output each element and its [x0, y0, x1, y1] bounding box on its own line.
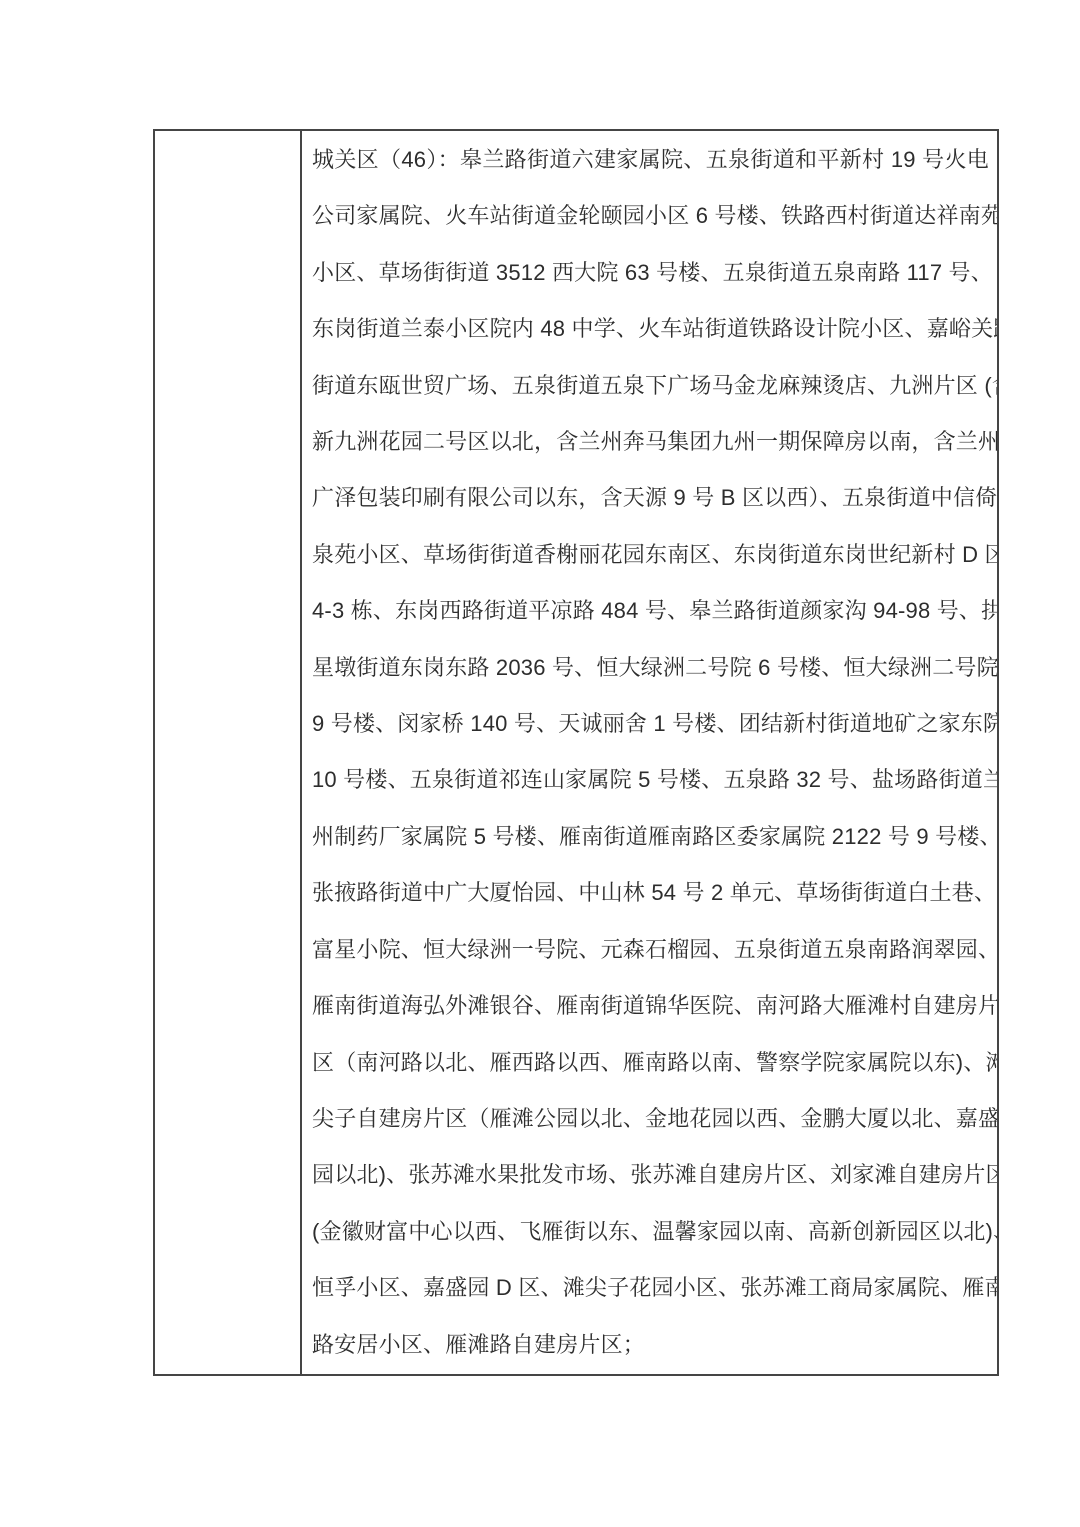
text-line: 恒孚小区、嘉盛园 D 区、滩尖子花园小区、张苏滩工商局家属院、雁南 — [312, 1260, 989, 1316]
address-table-row: 城关区（46）：皋兰路街道六建家属院、五泉街道和平新村 19 号火电公司家属院、… — [153, 129, 999, 1376]
text-line: 广泽包装印刷有限公司以东，含天源 9 号 B 区以西）、五泉街道中信倚 — [312, 470, 989, 526]
text-line: 东岗街道兰泰小区院内 48 中学、火车站街道铁路设计院小区、嘉峪关路 — [312, 301, 989, 357]
text-line: 4-3 栋、东岗西路街道平凉路 484 号、皋兰路街道颜家沟 94-98 号、拱 — [312, 583, 989, 639]
text-line: 区（南河路以北、雁西路以西、雁南路以南、警察学院家属院以东)、滩 — [312, 1035, 989, 1091]
text-line: 园以北)、张苏滩水果批发市场、张苏滩自建房片区、刘家滩自建房片区 — [312, 1147, 989, 1203]
text-line: (金徽财富中心以西、飞雁街以东、温馨家园以南、高新创新园区以北)、 — [312, 1204, 989, 1260]
text-line: 富星小院、恒大绿洲一号院、元森石榴园、五泉街道五泉南路润翠园、 — [312, 922, 989, 978]
text-line: 小区、草场街街道 3512 西大院 63 号楼、五泉街道五泉南路 117 号、 — [312, 245, 989, 301]
text-line: 10 号楼、五泉街道祁连山家属院 5 号楼、五泉路 32 号、盐场路街道兰 — [312, 752, 989, 808]
text-line: 公司家属院、火车站街道金轮颐园小区 6 号楼、铁路西村街道达祥南苑 — [312, 188, 989, 244]
row-label-cell — [155, 131, 302, 1374]
text-line: 州制药厂家属院 5 号楼、雁南街道雁南路区委家属院 2122 号 9 号楼、 — [312, 809, 989, 865]
text-line: 9 号楼、闵家桥 140 号、天诚丽舍 1 号楼、团结新村街道地矿之家东院 — [312, 696, 989, 752]
text-line: 星墩街道东岗东路 2036 号、恒大绿洲二号院 6 号楼、恒大绿洲二号院 — [312, 640, 989, 696]
text-line: 泉苑小区、草场街街道香榭丽花园东南区、东岗街道东岗世纪新村 D 区 — [312, 527, 989, 583]
row-content-cell: 城关区（46）：皋兰路街道六建家属院、五泉街道和平新村 19 号火电公司家属院、… — [302, 131, 997, 1374]
text-line: 街道东瓯世贸广场、五泉街道五泉下广场马金龙麻辣烫店、九洲片区 (含 — [312, 358, 989, 414]
text-line: 城关区（46）：皋兰路街道六建家属院、五泉街道和平新村 19 号火电 — [312, 132, 989, 188]
address-paragraph: 城关区（46）：皋兰路街道六建家属院、五泉街道和平新村 19 号火电公司家属院、… — [312, 132, 989, 1373]
text-line: 雁南街道海弘外滩银谷、雁南街道锦华医院、南河路大雁滩村自建房片 — [312, 978, 989, 1034]
text-line: 张掖路街道中广大厦怡园、中山林 54 号 2 单元、草场街街道白土巷、 — [312, 865, 989, 921]
text-line: 路安居小区、雁滩路自建房片区； — [312, 1317, 989, 1373]
text-line: 尖子自建房片区（雁滩公园以北、金地花园以西、金鹏大厦以北、嘉盛 — [312, 1091, 989, 1147]
document-page: 城关区（46）：皋兰路街道六建家属院、五泉街道和平新村 19 号火电公司家属院、… — [0, 0, 1080, 1527]
text-line: 新九洲花园二号区以北，含兰州奔马集团九州一期保障房以南，含兰州 — [312, 414, 989, 470]
